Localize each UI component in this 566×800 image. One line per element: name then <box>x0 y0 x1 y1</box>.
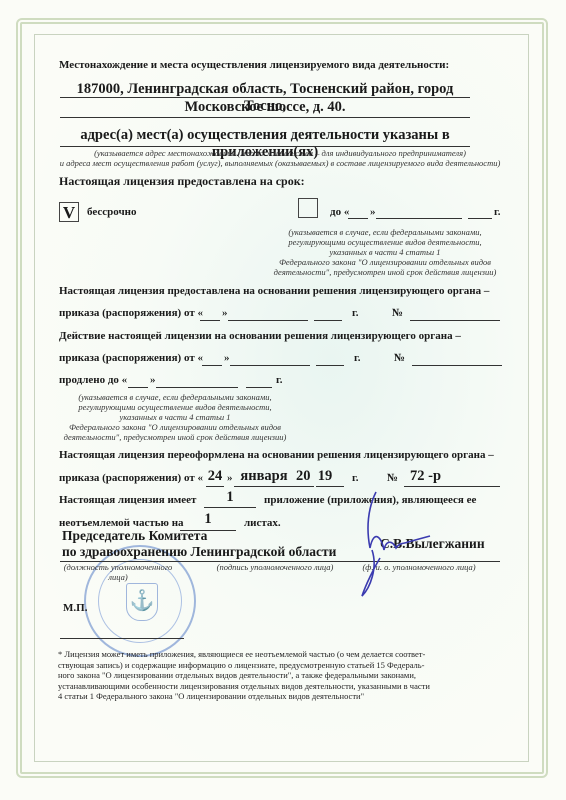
until-close-quote: » <box>370 206 376 218</box>
basis-day-field[interactable] <box>200 320 220 321</box>
extension-number-field[interactable] <box>412 365 502 366</box>
until-year-suffix: г. <box>494 206 501 218</box>
basis-order-label: приказа (распоряжения) от « <box>59 307 203 319</box>
extension-month-field[interactable] <box>230 365 310 366</box>
extension-heading: Действие настоящей лицензии на основании… <box>59 330 461 342</box>
reissue-order-label: приказа (распоряжения) от « <box>59 472 203 484</box>
reissue-year-underline <box>316 486 344 487</box>
footnote-divider <box>60 638 184 639</box>
appendix-sheets: 1 <box>180 511 236 528</box>
footnote-line: 4 статьи 1 Федерального закона "О лиценз… <box>58 691 508 702</box>
term-note-line: деятельности", предусмотрен иной срок де… <box>265 267 505 277</box>
location-hint-1: (указывается адрес местонахождения (мест… <box>40 148 520 158</box>
signature-icon <box>352 488 432 598</box>
signature-hint: (подпись уполномоченного лица) <box>210 562 340 572</box>
reissue-day-underline <box>206 486 224 487</box>
coat-of-arms-icon: ⚓ <box>126 583 158 621</box>
reissue-day: 24 <box>204 468 226 485</box>
footnote-line: устанавливающими особенности лицензирова… <box>58 681 508 692</box>
unlimited-label: бессрочно <box>87 206 137 218</box>
extension-year-suffix: г. <box>354 352 361 364</box>
basis-year-suffix: г. <box>352 307 359 319</box>
appendix-sheets-suffix: листах. <box>244 517 281 529</box>
basis-year-field[interactable] <box>314 320 342 321</box>
extension-note-line: (указывается в случае, если федеральными… <box>55 392 295 402</box>
reissue-year: 19 <box>316 468 334 485</box>
extension-close-quote: » <box>224 352 230 364</box>
term-note-line: Федерального закона "О лицензировании от… <box>265 257 505 267</box>
extension-note-line: деятельности", предусмотрен иной срок де… <box>55 432 295 442</box>
appendix-count: 1 <box>204 489 256 506</box>
basis-month-field[interactable] <box>228 320 308 321</box>
footnote-line: * Лицензия может иметь приложения, являю… <box>58 649 508 660</box>
basis-number-label: № <box>392 307 403 319</box>
extension-order-label: приказа (распоряжения) от « <box>59 352 203 364</box>
until-day-field[interactable] <box>348 218 368 219</box>
term-note-line: указанных в части 4 статьи 1 <box>265 247 505 257</box>
extension-day-field[interactable] <box>202 365 222 366</box>
address-underline-2 <box>60 117 470 118</box>
reissue-close-quote: » <box>227 472 233 484</box>
position-hint: (должность уполномоченного лица) <box>58 562 178 582</box>
appendix-count-underline <box>204 507 256 508</box>
reissue-year-prefix: 20 <box>296 468 311 485</box>
term-note-line: регулирующими осуществление видов деятел… <box>265 237 505 247</box>
unlimited-checkbox[interactable]: V <box>59 202 79 222</box>
term-note: (указывается в случае, если федеральными… <box>265 227 505 277</box>
extension-note-line: указанных в части 4 статьи 1 <box>55 412 295 422</box>
reissue-number: 72 -р <box>410 468 441 485</box>
term-note-line: (указывается в случае, если федеральными… <box>265 227 505 237</box>
extension-note: (указывается в случае, если федеральными… <box>55 392 295 442</box>
until-label: до « <box>330 206 349 218</box>
until-month-field[interactable] <box>376 218 462 219</box>
footnote: * Лицензия может иметь приложения, являю… <box>58 649 508 702</box>
signatory-position-1: Председатель Комитета <box>62 528 207 544</box>
extended-close-quote: » <box>150 374 156 386</box>
reissue-heading: Настоящая лицензия переоформлена на осно… <box>59 449 494 461</box>
basis-heading: Настоящая лицензия предоставлена на осно… <box>59 285 489 297</box>
places-underline <box>60 146 470 147</box>
basis-close-quote: » <box>222 307 228 319</box>
seal-label: М.П. <box>63 602 87 614</box>
reissue-number-underline <box>404 486 500 487</box>
footnote-line: ного закона "О лицензировании отдельных … <box>58 670 508 681</box>
signatory-position-2: по здравоохранению Ленинградской области <box>62 544 336 560</box>
extension-year-field[interactable] <box>316 365 344 366</box>
reissue-number-label: № <box>387 472 398 484</box>
reissue-month-underline <box>234 486 314 487</box>
extension-number-label: № <box>394 352 405 364</box>
basis-number-field[interactable] <box>410 320 500 321</box>
extended-year-suffix: г. <box>276 374 283 386</box>
extended-year-field[interactable] <box>246 387 272 388</box>
extended-until-label: продлено до « <box>59 374 127 386</box>
address-line-2: Московское шоссе, д. 40. <box>60 99 470 116</box>
location-heading: Местонахождение и места осуществления ли… <box>59 59 449 71</box>
term-heading: Настоящая лицензия предоставлена на срок… <box>59 174 305 189</box>
extended-day-field[interactable] <box>128 387 148 388</box>
until-year-field[interactable] <box>468 218 492 219</box>
reissue-year-suffix: г. <box>352 472 359 484</box>
extended-month-field[interactable] <box>156 387 238 388</box>
extension-note-line: Федерального закона "О лицензировании от… <box>55 422 295 432</box>
location-hint-2: и адреса мест осуществления работ (услуг… <box>40 158 520 168</box>
footnote-line: ствующая запись) и содержащие информацию… <box>58 660 508 671</box>
appendix-count-label: Настоящая лицензия имеет <box>59 494 196 506</box>
extension-note-line: регулирующими осуществление видов деятел… <box>55 402 295 412</box>
until-date-checkbox[interactable] <box>298 198 318 218</box>
reissue-month: января <box>234 468 294 485</box>
